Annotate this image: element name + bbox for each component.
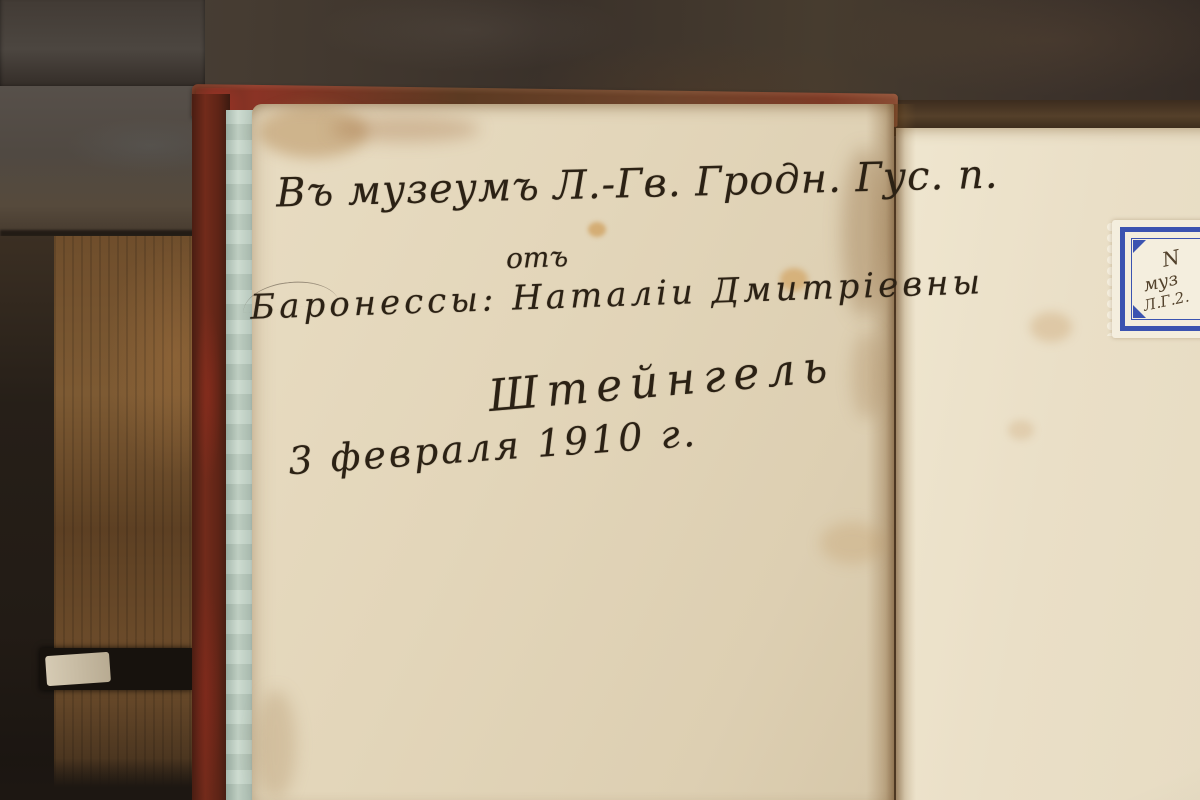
wood-plank-top-left — [0, 0, 205, 90]
book-cover-velvet-left — [192, 94, 230, 800]
page-stain — [330, 116, 480, 142]
page-stain — [1030, 312, 1072, 342]
museum-stamp-label: N муз Л.Г.2. — [1112, 220, 1200, 338]
foxing-spot — [588, 222, 606, 237]
foxing-spot — [1008, 420, 1034, 440]
gutter-stain — [852, 330, 882, 420]
inscription-line-2: отъ — [506, 243, 569, 273]
wood-plank-left-dark-edge — [0, 236, 54, 800]
page-stain — [256, 690, 296, 800]
page-stain — [820, 522, 884, 564]
wood-chip-fragment — [45, 652, 111, 686]
stamp-corner-triangle-icon — [1133, 240, 1146, 253]
photograph-open-book: Въ музеумъ Л.-Гв. Гродн. Гус. п. отъ Бар… — [0, 0, 1200, 800]
